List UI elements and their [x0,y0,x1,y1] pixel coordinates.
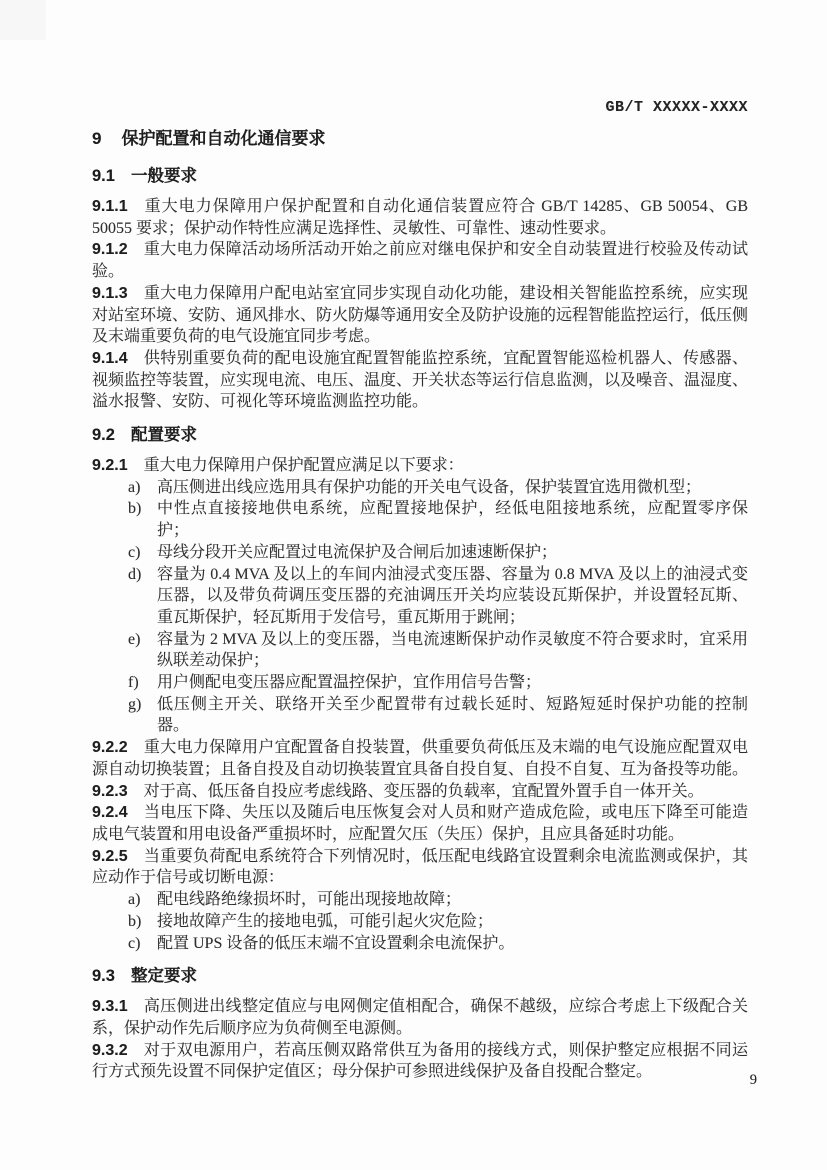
clause-text: 重大电力保障用户宜配置备自投装置，供重要负荷低压及末端的电气设施应配置双电源自动… [92,739,748,778]
list-item-text: 配电线路绝缘损坏时，可能出现接地故障； [157,891,461,908]
clause-9-3-1: 9.3.1高压侧进出线整定值应与电网侧定值相配合，确保不越级，应综合考虑上下级配… [92,996,748,1039]
list-item-marker: e) [128,629,140,651]
clause-9-1-3: 9.1.3重大电力保障用户配电站室宜同步实现自动化功能，建设相关智能监控系统，应… [92,283,748,348]
list-item-9-2-5-c: c)配置 UPS 设备的低压末端不宜设置剩余电流保护。 [92,933,748,955]
section-number: 9.2 [92,426,115,444]
clause-9-2-4: 9.2.4当电压下降、失压以及随后电压恢复会对人员和财产造成危险，或电压下降至可… [92,802,748,845]
clause-number: 9.2.5 [92,848,128,865]
list-item-marker: b) [128,498,141,520]
section-number: 9.3 [92,967,115,985]
list-item-9-2-1-d: d)容量为 0.4 MVA 及以上的车间内油浸式变压器、容量为 0.8 MVA … [92,564,748,629]
clause-text: 高压侧进出线整定值应与电网侧定值相配合，确保不越级，应综合考虑上下级配合关系，保… [92,998,748,1037]
clause-text: 重大电力保障用户保护配置和自动化通信装置应符合 GB/T 14285、GB 50… [92,198,748,237]
list-item-9-2-1-c: c)母线分段开关应配置过电流保护及合闸后加速速断保护； [92,542,748,564]
list-item-marker: c) [128,933,140,955]
clause-9-1-4: 9.1.4供特别重要负荷的配电设施宜配置智能监控系统，宜配置智能巡检机器人、传感… [92,348,748,413]
list-item-text: 高压侧进出线应选用具有保护功能的开关电气设备，保护装置宜选用微机型； [157,479,701,496]
chapter-heading: 9保护配置和自动化通信要求 [92,128,748,150]
clause-9-2-3: 9.2.3对于高、低压备自投应考虑线路、变压器的负载率，宜配置外置手自一体开关。 [92,781,748,803]
list-item-text: 配置 UPS 设备的低压末端不宜设置剩余电流保护。 [157,935,514,952]
list-item-9-2-1-a: a)高压侧进出线应选用具有保护功能的开关电气设备，保护装置宜选用微机型； [92,477,748,499]
clause-number: 9.3.1 [92,998,128,1015]
list-item-text: 用户侧配电变压器应配置温控保护，宜作用信号告警； [157,674,541,691]
doc-code-header: GB/T XXXXX-XXXX [92,97,748,119]
clause-text: 对于高、低压备自投应考虑线路、变压器的负载率，宜配置外置手自一体开关。 [144,783,704,800]
list-item-marker: b) [128,911,141,933]
list-item-text: 中性点直接接地供电系统，应配置接地保护，经低电阻接地系统，应配置零序保护； [157,500,748,539]
list-item-text: 容量为 0.4 MVA 及以上的车间内油浸式变压器、容量为 0.8 MVA 及以… [157,566,748,626]
clause-text: 当重要负荷配电系统符合下列情况时，低压配电线路宜设置剩余电流监测或保护，其应动作… [92,848,748,887]
document-page: GB/T XXXXX-XXXX 9保护配置和自动化通信要求 9.1一般要求 9.… [0,0,827,1170]
clause-number: 9.2.4 [92,804,128,821]
clause-9-2-2: 9.2.2重大电力保障用户宜配置备自投装置，供重要负荷低压及末端的电气设施应配置… [92,737,748,780]
clause-9-1-1: 9.1.1重大电力保障用户保护配置和自动化通信装置应符合 GB/T 14285、… [92,196,748,239]
clause-number: 9.2.3 [92,783,128,800]
chapter-number: 9 [92,129,101,148]
clause-9-1-2: 9.1.2重大电力保障活动场所活动开始之前应对继电保护和安全自动装置进行校验及传… [92,239,748,282]
list-item-9-2-1-f: f)用户侧配电变压器应配置温控保护，宜作用信号告警； [92,672,748,694]
clause-text: 重大电力保障活动场所活动开始之前应对继电保护和安全自动装置进行校验及传动试验。 [92,241,748,280]
list-item-text: 低压侧主开关、联络开关至少配置带有过载长延时、短路短延时保护功能的控制器。 [157,696,748,735]
section-heading-9-2: 9.2配置要求 [92,424,748,446]
section-heading-9-3: 9.3整定要求 [92,965,748,987]
list-item-marker: f) [128,672,139,694]
section-number: 9.1 [92,167,115,185]
chapter-title: 保护配置和自动化通信要求 [121,129,325,148]
clause-text: 重大电力保障用户配电站室宜同步实现自动化功能，建设相关智能监控系统，应实现对站室… [92,285,748,345]
list-item-text: 接地故障产生的接地电弧，可能引起火灾危险； [157,913,493,930]
clause-number: 9.2.1 [92,457,128,474]
list-item-marker: a) [128,477,140,499]
clause-text: 供特别重要负荷的配电设施宜配置智能监控系统，宜配置智能巡检机器人、传感器、视频监… [92,350,748,410]
section-title: 一般要求 [131,167,197,185]
section-title: 配置要求 [131,426,197,444]
clause-text: 重大电力保障用户保护配置应满足以下要求： [144,457,464,474]
list-item-marker: a) [128,889,140,911]
clause-9-3-2: 9.3.2对于双电源用户，若高压侧双路常供互为备用的接线方式，则保护整定应根据不… [92,1040,748,1083]
clause-9-2-5: 9.2.5当重要负荷配电系统符合下列情况时，低压配电线路宜设置剩余电流监测或保护… [92,846,748,889]
list-item-9-2-1-g: g)低压侧主开关、联络开关至少配置带有过载长延时、短路短延时保护功能的控制器。 [92,694,748,737]
clause-text: 对于双电源用户，若高压侧双路常供互为备用的接线方式，则保护整定应根据不同运行方式… [92,1042,748,1081]
list-item-text: 母线分段开关应配置过电流保护及合闸后加速速断保护； [157,544,557,561]
clause-number: 9.1.4 [92,350,128,367]
section-heading-9-1: 9.1一般要求 [92,165,748,187]
list-item-marker: d) [128,564,141,586]
page-number: 9 [750,1072,757,1089]
clause-number: 9.1.3 [92,285,128,302]
list-item-9-2-5-a: a)配电线路绝缘损坏时，可能出现接地故障； [92,889,748,911]
clause-number: 9.3.2 [92,1042,128,1059]
scan-artifact [0,0,46,40]
list-item-marker: g) [128,694,141,716]
list-item-9-2-5-b: b)接地故障产生的接地电弧，可能引起火灾危险； [92,911,748,933]
clause-9-2-1: 9.2.1重大电力保障用户保护配置应满足以下要求： [92,455,748,477]
list-item-marker: c) [128,542,140,564]
list-item-text: 容量为 2 MVA 及以上的变压器，当电流速断保护动作灵敏度不符合要求时，宜采用… [157,631,748,670]
clause-text: 当电压下降、失压以及随后电压恢复会对人员和财产造成危险，或电压下降至可能造成电气… [92,804,748,843]
list-item-9-2-1-b: b)中性点直接接地供电系统，应配置接地保护，经低电阻接地系统，应配置零序保护； [92,498,748,541]
list-item-9-2-1-e: e)容量为 2 MVA 及以上的变压器，当电流速断保护动作灵敏度不符合要求时，宜… [92,629,748,672]
page-content: GB/T XXXXX-XXXX 9保护配置和自动化通信要求 9.1一般要求 9.… [92,97,748,1083]
clause-number: 9.1.2 [92,241,128,258]
clause-number: 9.2.2 [92,739,128,756]
section-title: 整定要求 [131,967,197,985]
clause-number: 9.1.1 [92,198,128,215]
